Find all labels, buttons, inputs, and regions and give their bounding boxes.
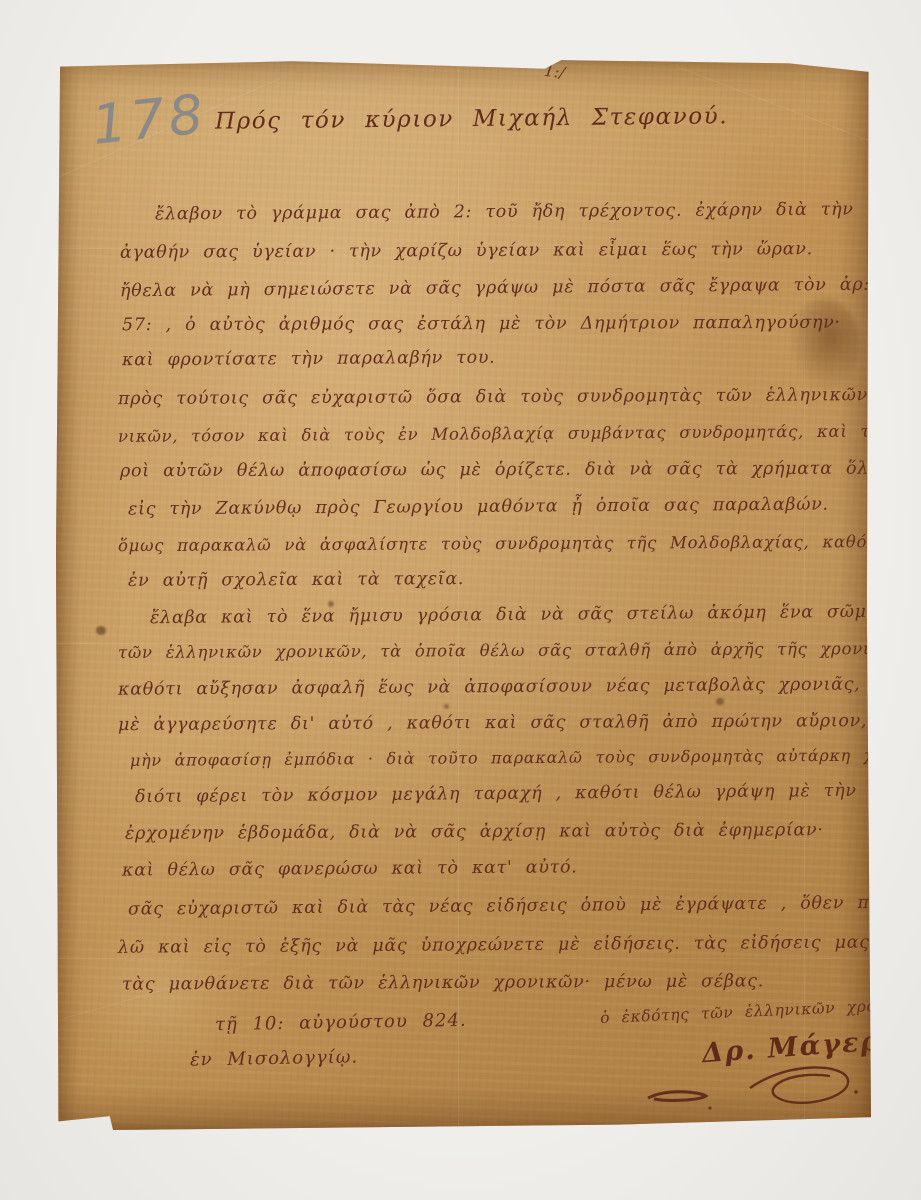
place-line: ἐν Μισολογγίῳ. <box>190 1047 358 1071</box>
letter-line: τῶν ἑλληνικῶν χρονικῶν, τὰ ὁποῖα θέλω σᾶ… <box>118 639 898 662</box>
letter-line: καὶ φροντίσατε τὴν παραλαβήν του. <box>122 348 496 371</box>
letter-line: ἤθελα νὰ μὴ σημειώσετε νὰ σᾶς γράψω μὲ π… <box>120 275 870 302</box>
letter-line: ὅμως παρακαλῶ νὰ ἀσφαλίσητε τοὺς συνδρομ… <box>118 532 921 555</box>
date-line: τῇ 10: αὐγούστου 824. <box>215 1010 467 1035</box>
letter-paper: 178 1:/ Πρός τόν κύριον Μιχαήλ Στεφανού.… <box>56 58 871 1130</box>
fold-crease-horizontal-lower <box>56 958 871 960</box>
letter-line: τὰς μανθάνετε διὰ τῶν ἑλληνικῶν χρονικῶν… <box>122 971 764 994</box>
letter-line: νικῶν, τόσον καὶ διὰ τοὺς ἐν Μολδοβλαχίᾳ… <box>118 421 921 446</box>
letter-line: μὲ ἀγγαρεύσητε δι' αὐτό , καθότι καὶ σᾶς… <box>118 711 904 735</box>
letter-line: ἔλαβον τὸ γράμμα σας ἀπὸ 2: τοῦ ἤδη τρέχ… <box>155 200 854 225</box>
letter-line: 57: , ὁ αὐτὸς ἀριθμός σας ἐστάλη μὲ τὸν … <box>122 313 841 336</box>
paper-spot-1 <box>96 626 106 635</box>
letter-line: πρὸς τούτοις σᾶς εὐχαριστῶ ὅσα διὰ τοὺς … <box>118 385 921 409</box>
letter-line: ἐν αὐτῇ σχολεῖα καὶ τὰ ταχεῖα. <box>128 569 464 591</box>
letter-line: διότι φέρει τὸν κόσμον μεγάλη ταραχή , κ… <box>135 781 857 807</box>
letter-line: εἰς τὴν Ζακύνθῳ πρὸς Γεωργίου μαθόντα ᾗ … <box>128 495 829 520</box>
archival-number: 178 <box>89 82 210 157</box>
letter-line: σᾶς εὐχαριστῶ καὶ διὰ τὰς νέας εἰδήσεις … <box>128 892 921 919</box>
letter-line: λῶ καὶ εἰς τὸ ἑξῆς νὰ μᾶς ὑποχρεώνετε μὲ… <box>118 932 921 958</box>
letter-line: ἀγαθήν σας ὑγείαν · τὴν χαρίζω ὑγείαν κα… <box>120 239 813 263</box>
letter-line: ροὶ αὐτῶν θέλω ἀποφασίσω ὡς μὲ ὁρίζετε. … <box>120 459 882 482</box>
signature-flourish-icon <box>640 1058 870 1118</box>
paper-spot-4 <box>444 704 449 709</box>
paper-spot-3 <box>716 698 724 705</box>
folio-mark: 1:/ <box>543 61 566 83</box>
letter-line: καὶ θέλω σᾶς φανερώσω καὶ τὸ κατ' αὐτό. <box>122 857 578 880</box>
letter-line: ἔλαβα καὶ τὸ ἕνα ἤμισυ γρόσια διὰ νὰ σᾶς… <box>150 602 879 628</box>
letter-line: καθότι αὔξησαν ἀσφαλῆ ἕως νὰ ἀποφασίσουν… <box>118 674 906 700</box>
letter-line: ἐρχομένην ἑβδομάδα, διὰ νὰ σᾶς ἀρχίσῃ κα… <box>125 820 824 844</box>
signature-title: ὁ ἐκδότης τῶν ἑλληνικῶν χρονικῶν <box>600 995 921 1027</box>
letter-heading: Πρός τόν κύριον Μιχαήλ Στεφανού. <box>215 103 728 134</box>
letter-line: μὴν ἀποφασίσῃ ἐμπόδια · διὰ τοῦτο παρακα… <box>130 745 921 770</box>
